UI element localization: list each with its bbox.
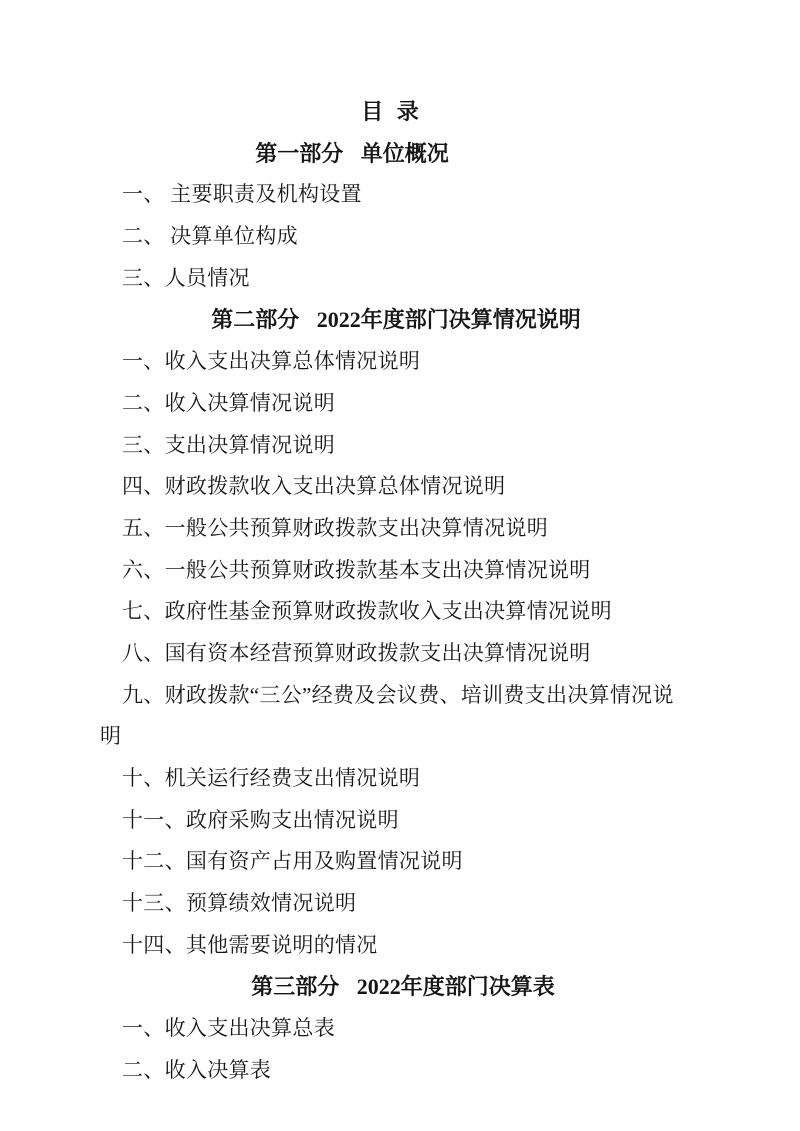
page-title: 目 录 [100, 91, 680, 133]
toc-item: 三、支出决算情况说明 [100, 425, 678, 467]
toc-item: 七、政府性基金预算财政拨款收入支出决算情况说明 [100, 591, 678, 633]
toc-item: 一、收入支出决算总体情况说明 [100, 341, 678, 383]
toc-item: 四、财政拨款收入支出决算总体情况说明 [100, 466, 678, 508]
toc-item: 八、国有资本经营预算财政拨款支出决算情况说明 [100, 633, 678, 675]
toc-item: 十四、其他需要说明的情况 [100, 925, 678, 967]
toc-item: 一、 主要职责及机构设置 [100, 174, 678, 216]
toc-item: 十、机关运行经费支出情况说明 [100, 758, 678, 800]
toc-item: 二、收入决算情况说明 [100, 383, 678, 425]
section-heading-part3: 第三部分 2022年度部门决算表 [113, 966, 693, 1008]
section-heading-part2: 第二部分 2022年度部门决算情况说明 [106, 299, 686, 341]
toc-item: 六、一般公共预算财政拨款基本支出决算情况说明 [100, 550, 678, 592]
toc-item: 九、财政拨款“三公”经费及会议费、培训费支出决算情况说明 [100, 675, 678, 758]
toc-item: 二、收入决算表 [100, 1050, 678, 1092]
toc-item: 一、收入支出决算总表 [100, 1008, 678, 1050]
section-heading-part1: 第一部分 单位概况 [62, 133, 642, 175]
toc-item: 十二、国有资产占用及购置情况说明 [100, 841, 678, 883]
toc-item: 三、人员情况 [100, 258, 678, 300]
toc-item: 五、一般公共预算财政拨款支出决算情况说明 [100, 508, 678, 550]
toc-item: 十三、预算绩效情况说明 [100, 883, 678, 925]
toc-item: 二、 决算单位构成 [100, 216, 678, 258]
toc-item: 十一、政府采购支出情况说明 [100, 800, 678, 842]
toc-page: 目 录 第一部分 单位概况 一、 主要职责及机构设置 二、 决算单位构成 三、人… [0, 0, 800, 1092]
